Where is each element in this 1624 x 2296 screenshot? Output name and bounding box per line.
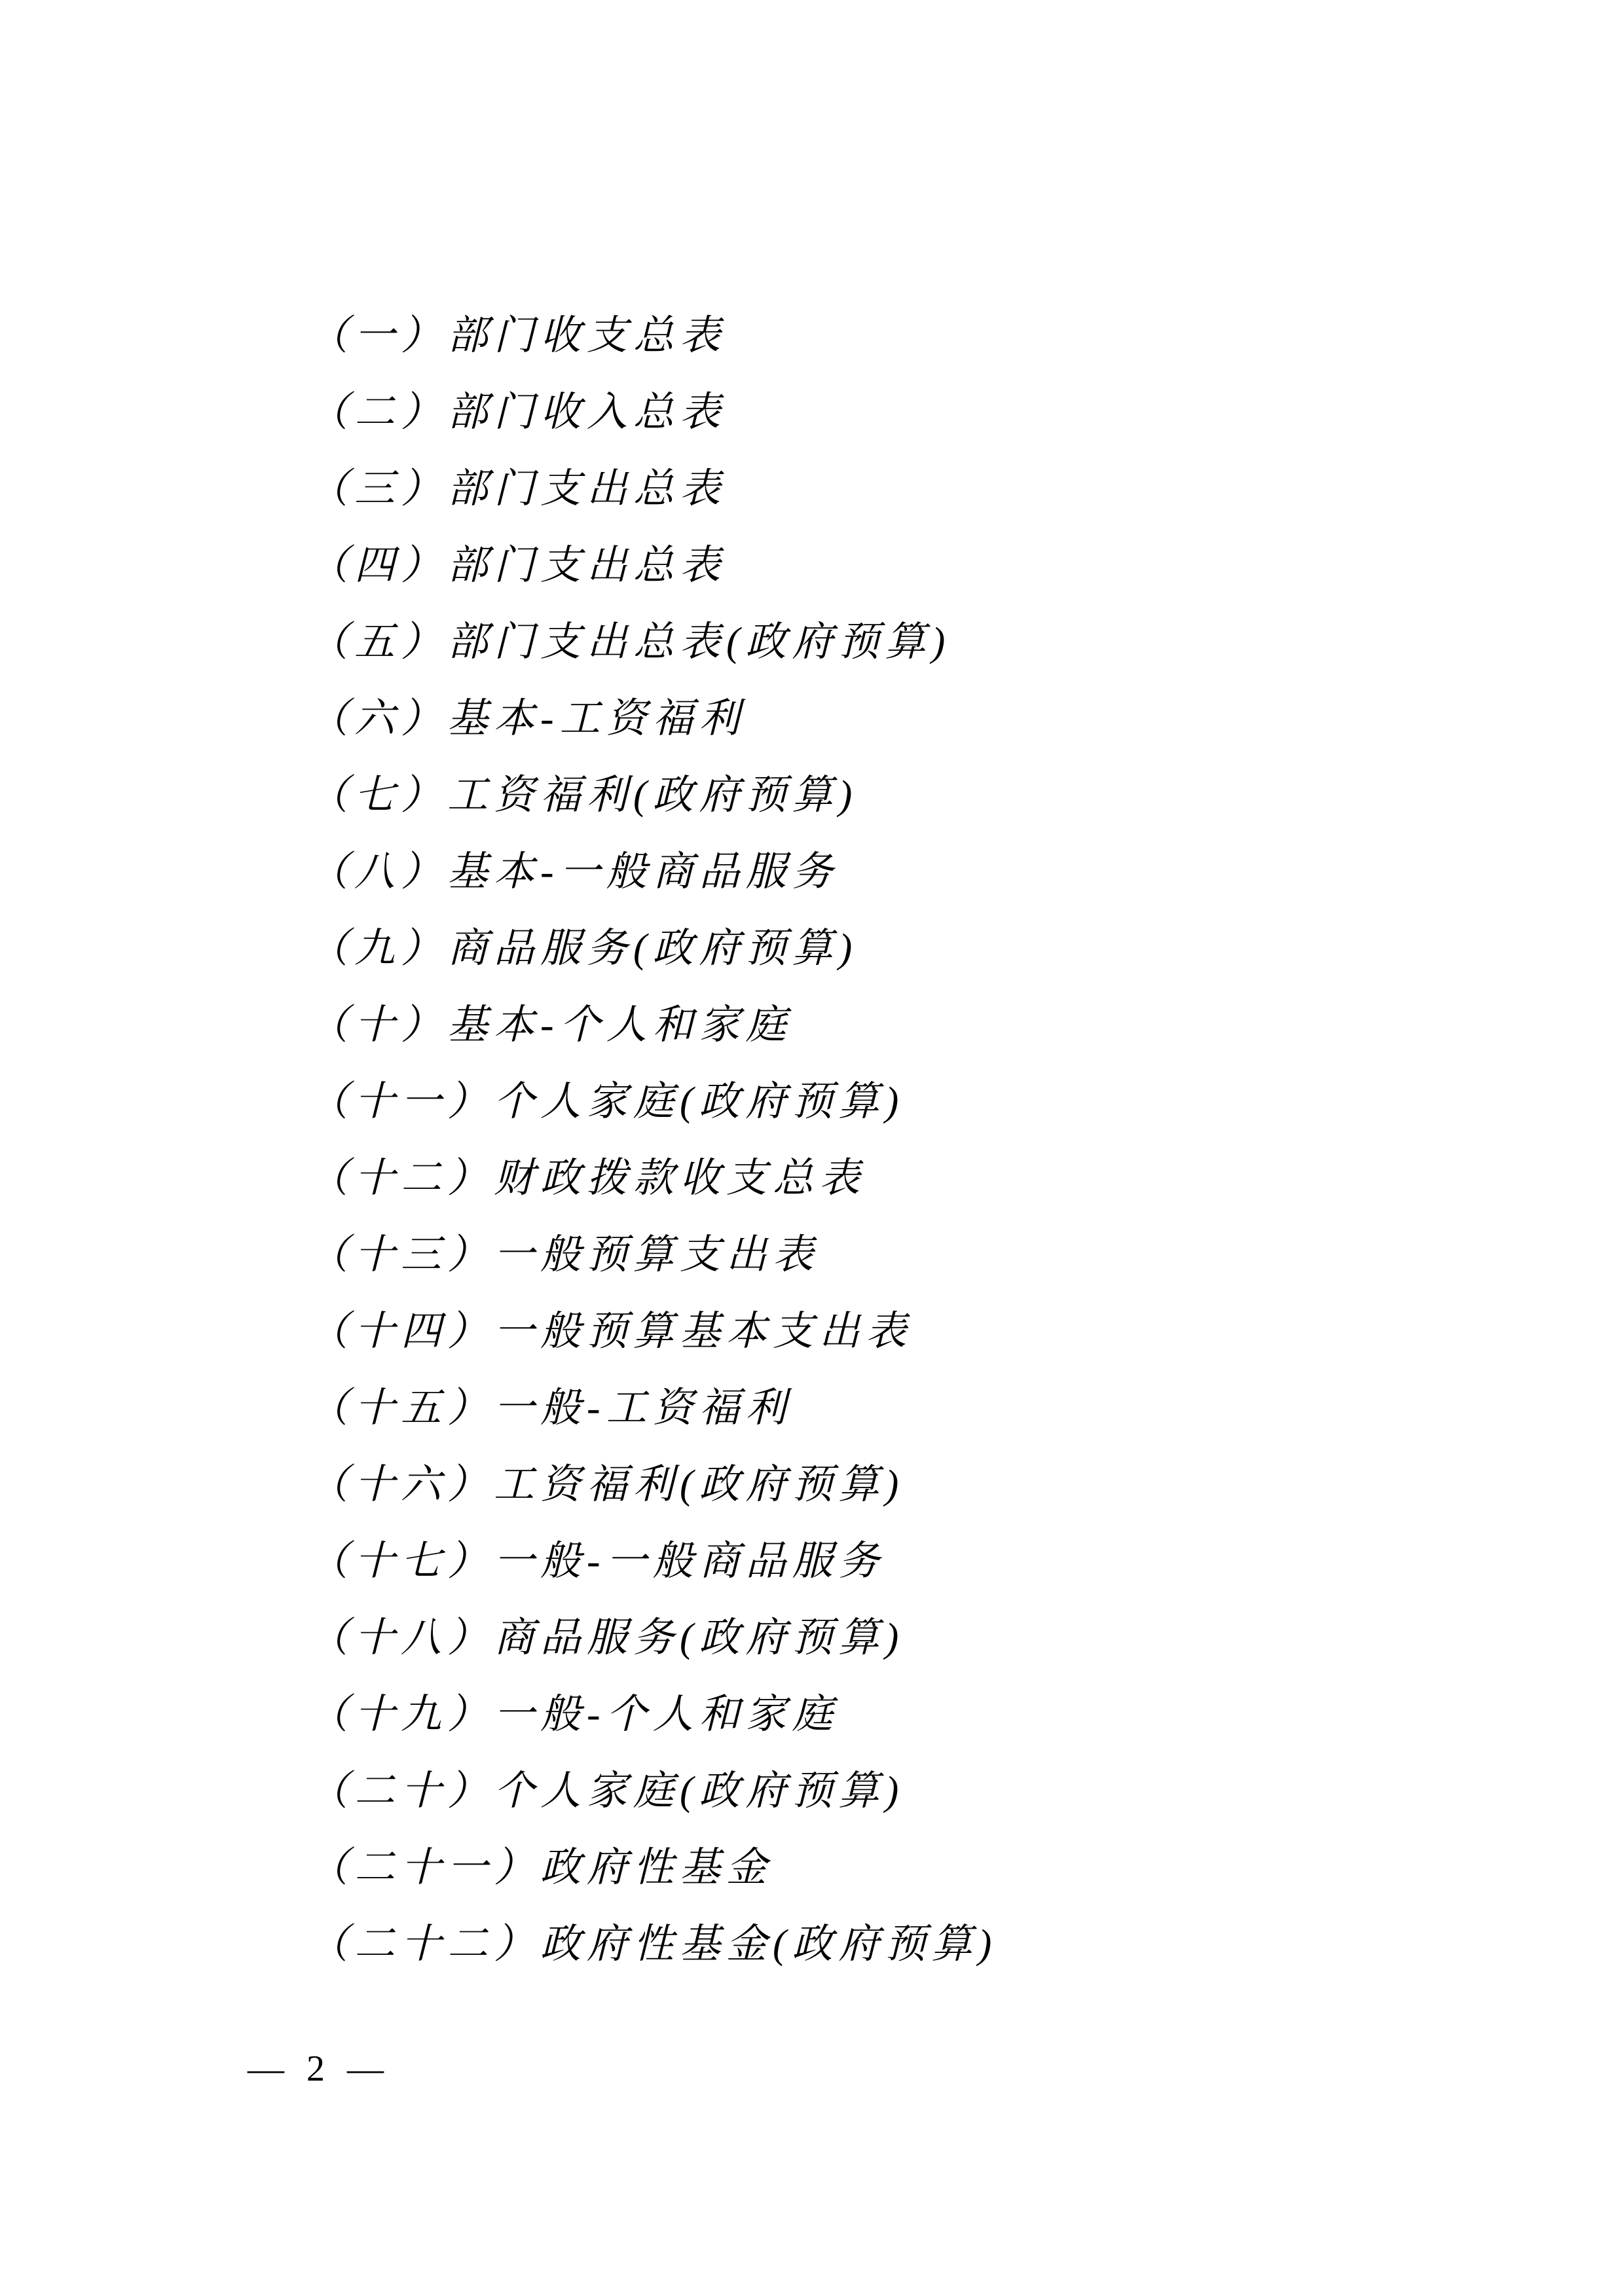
toc-item: （十六）工资福利(政府预算) — [308, 1442, 1356, 1519]
toc-item: （十九）一般-个人和家庭 — [308, 1672, 1356, 1749]
toc-item: （四）部门支出总表 — [308, 523, 1356, 600]
toc-item: （三）部门支出总表 — [308, 446, 1356, 523]
toc-item: （十二）财政拨款收支总表 — [308, 1136, 1356, 1212]
toc-item: （十一）个人家庭(政府预算) — [308, 1059, 1356, 1136]
page-number: — 2 — — [248, 2048, 390, 2090]
toc-item: （十五）一般-工资福利 — [308, 1366, 1356, 1442]
toc-item: （七）工资福利(政府预算) — [308, 753, 1356, 829]
toc-item: （一）部门收支总表 — [308, 293, 1356, 370]
toc-item: （二）部门收入总表 — [308, 370, 1356, 446]
toc-item: （十三）一般预算支出表 — [308, 1212, 1356, 1289]
toc-item: （八）基本-一般商品服务 — [308, 829, 1356, 906]
toc-item: （九）商品服务(政府预算) — [308, 906, 1356, 983]
toc-item: （十八）商品服务(政府预算) — [308, 1595, 1356, 1672]
toc-item: （十四）一般预算基本支出表 — [308, 1289, 1356, 1366]
toc-item: （二十二）政府性基金(政府预算) — [308, 1902, 1356, 1978]
toc-item: （二十一）政府性基金 — [308, 1825, 1356, 1902]
toc-item: （十）基本-个人和家庭 — [308, 983, 1356, 1059]
document-page: （一）部门收支总表 （二）部门收入总表 （三）部门支出总表 （四）部门支出总表 … — [0, 0, 1624, 2296]
toc-item: （十七）一般-一般商品服务 — [308, 1519, 1356, 1595]
toc-item: （五）部门支出总表(政府预算) — [308, 600, 1356, 676]
table-of-contents: （一）部门收支总表 （二）部门收入总表 （三）部门支出总表 （四）部门支出总表 … — [308, 293, 1356, 1978]
toc-item: （六）基本-工资福利 — [308, 676, 1356, 753]
toc-item: （二十）个人家庭(政府预算) — [308, 1749, 1356, 1825]
